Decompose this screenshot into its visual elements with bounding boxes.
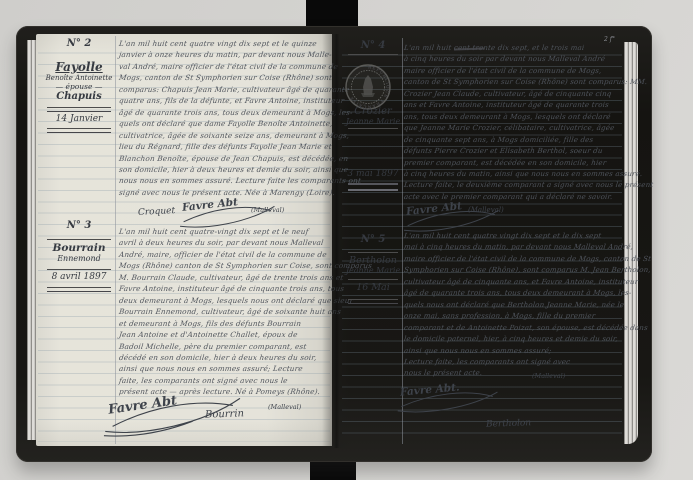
deceased-firstnames: Jeanne Marie (344, 117, 402, 126)
act5-margin: N° 5 Bertholon Jeanne Marie 16 Mai (344, 232, 402, 306)
handwritten-line: Crozier Jean Claude, cultivateur, âgé de… (403, 88, 628, 99)
handwritten-line: canton de St Symphorien sur Coise (Rhône… (403, 76, 628, 87)
handwritten-line: son domicile, hier à deux heures et demi… (118, 164, 330, 175)
handwritten-line: acte avec le premier comparant qui a déc… (403, 191, 628, 202)
handwritten-line: comparant et de Antoinette Poizat, son é… (403, 322, 628, 333)
handwritten-line: décédé en son domicile, hier à deux heur… (118, 352, 330, 363)
handwritten-line: ainsi que nous nous en sommes assuré; (403, 345, 628, 356)
handwritten-line: nous le présent acte. (403, 367, 628, 378)
signature-malleval: (Malleval) (468, 206, 504, 214)
handwritten-line: que Jeanne Marie Crozier, célibataire, c… (403, 122, 628, 133)
handwritten-line: premier comparant, est décédée en son do… (403, 157, 628, 168)
margin-divider (348, 183, 398, 191)
act-date: 3 mai 1897 (344, 169, 402, 179)
act-number: N° 2 (42, 34, 116, 49)
handwritten-line: Jean Antoine et d'Antoinette Challet, ép… (118, 329, 330, 340)
act2-text: L'an mil huit cent quatre vingt dix sept… (119, 38, 330, 198)
handwritten-line: L'an mil huit cent quatre vingt dix sept… (403, 230, 628, 241)
handwritten-line: Symphorien sur Coise (Rhône), sont compa… (403, 264, 628, 275)
margin-divider (47, 107, 111, 112)
handwritten-line: le domicile paternel, hier, à cinq heure… (403, 333, 628, 344)
deceased-firstnames: Ennemond (42, 254, 116, 263)
handwritten-line: cultivatrice, âgée de soixante seize ans… (118, 130, 330, 141)
handwritten-line: cultivateur âgé de cinquante ans, et Fav… (403, 276, 628, 287)
margin-divider (47, 269, 111, 270)
deceased-firstnames: Benoîte Antoinette (42, 74, 116, 82)
handwritten-line: âgé de quarante trois ans, tous deux dem… (118, 107, 330, 118)
handwritten-line: onze mai, sans profession, à Mogs, fille… (403, 310, 628, 321)
handwritten-line: Blanchon Benoîte, épouse de Jean Chapuis… (118, 153, 330, 164)
handwritten-line: Mogs (Rhône) canton de St Symphorien sur… (118, 260, 330, 271)
handwritten-line: maire officier de l'état civil de la com… (403, 65, 628, 76)
act-date: 8 avril 1897 (42, 272, 116, 282)
handwritten-line: de cinquante sept ans, à Mogs domiciliée… (403, 134, 628, 145)
handwritten-line: nous nous en sommes assuré. Lecture fait… (118, 175, 330, 186)
handwritten-line: Lecture faite, les comparants ont signé … (403, 356, 628, 367)
handwritten-line: Bourrain Ennemond, cultivateur, âgé de s… (118, 306, 330, 317)
margin-divider (47, 287, 111, 292)
margin-divider (348, 279, 398, 280)
signature-malleval: (Malleval) (268, 403, 301, 411)
signature-croquet: Croquet (138, 206, 176, 218)
handwritten-line: mai à cinq heures du matin, par devant n… (403, 241, 628, 252)
handwritten-line: Mogs, canton de St Symphorien sur Coise … (118, 72, 330, 83)
act4-margin-names: Crozier Jeanne Marie 3 mai 1897 (344, 106, 402, 193)
handwritten-line: défunts Pierre Crozier et Elisabeth Bert… (403, 145, 628, 156)
handwritten-line: Lecture faite, le deuxième comparant a s… (403, 179, 628, 190)
handwritten-line: M. Bourrain Claude, cultivateur, âgé de … (118, 272, 330, 283)
margin-divider (348, 128, 398, 129)
handwritten-line: comparus: Chapuis Jean Marie, cultivateu… (118, 84, 330, 95)
act4-margin: N° 4 (344, 40, 402, 57)
act-date: 16 Mai (344, 282, 402, 293)
handwritten-line: L'an mil huit cent quatre vingt dix sept… (118, 38, 330, 49)
handwritten-line: maire officier de l'état civil de la com… (403, 253, 628, 264)
handwritten-line: L'an mil huit cent trente dix sept, et l… (403, 42, 628, 53)
deceased-firstnames: Jeanne Marie (344, 266, 402, 275)
handwritten-line: âgé de quarante trois ans, tous deux dem… (403, 287, 628, 298)
page-stack-left-edge (27, 40, 36, 440)
act-number: N° 3 (42, 216, 116, 231)
handwritten-line: quels ont déclaré que dame Fayolle Benoî… (118, 118, 330, 129)
signature-bertholon: Bertholon (486, 418, 531, 430)
handwritten-line: avril à deux heures du soir, par devant … (118, 237, 330, 248)
handwritten-line: à cinq heures du soir par devant nous Ma… (403, 53, 628, 64)
act2-margin: N° 2 Fayolle Benoîte Antoinette — épouse… (42, 34, 116, 135)
act3-text: L'an mil huit cent quatre-vingt dix sept… (119, 226, 330, 398)
deceased-name: Fayolle (42, 60, 116, 74)
spouse-name: Chapuis (42, 91, 116, 102)
photo-scene: N° 2 Fayolle Benoîte Antoinette — épouse… (0, 0, 693, 480)
handwritten-line: et demeurant à Mogs, fils des défunts Bo… (118, 318, 330, 329)
handwritten-line: ainsi que nous nous en sommes assuré; Le… (118, 363, 330, 374)
handwritten-line: André, maire, officier de l'état civil d… (118, 249, 330, 260)
deceased-name: Bourrain (42, 242, 116, 254)
margin-divider (47, 239, 111, 240)
signature-bourrin: Bourrin (205, 408, 244, 420)
act-date: 14 Janvier (42, 114, 116, 124)
signature-malleval: (Malleval) (251, 206, 284, 214)
margin-divider (348, 54, 398, 55)
margin-divider (47, 128, 111, 133)
act-number: N° 4 (344, 40, 402, 51)
handwritten-line: à cinq heures du matin, ainsi que nous n… (403, 168, 628, 179)
margin-divider (348, 299, 398, 304)
handwritten-line: L'an mil huit cent quatre-vingt dix sept… (118, 226, 330, 237)
handwritten-line: Favre Antoine, instituteur âgé de cinqua… (118, 283, 330, 294)
signature-malleval: (Malleval) (532, 372, 565, 380)
deceased-name: Crozier (344, 106, 402, 117)
handwritten-line: faite, les comparants ont signé avec nou… (118, 375, 330, 386)
handwritten-line: val André, maire officier de l'état civi… (118, 61, 330, 72)
handwritten-line: ans et Favre Antoine, instituteur âgé de… (403, 99, 628, 110)
handwritten-line: quatre ans, fils de la défunte, et Favre… (118, 95, 330, 106)
act4-text: L'an mil huit cent trente dix sept, et l… (404, 42, 628, 202)
handwritten-line: janvier à onze heures du matin, par deva… (118, 49, 330, 60)
margin-divider (348, 252, 398, 253)
republique-francaise-stamp: RÉPUBLIQUE FRANÇAISE (344, 63, 392, 111)
handwritten-line: ans, tous deux demeurant à Mogs, lesquel… (403, 111, 628, 122)
handwritten-line: Badoil Michelle, père du premier compara… (118, 341, 330, 352)
deceased-name: Bertholon (344, 255, 402, 266)
act5-text: L'an mil huit cent quatre vingt dix sept… (404, 230, 628, 379)
handwritten-line: lieu du Régnard, fille des défunts Fayol… (118, 141, 330, 152)
handwritten-line: deux demeurant à Mogs, lesquels nous ont… (118, 295, 330, 306)
handwritten-line: quels nous ont déclaré que Bertholon Jea… (403, 299, 628, 310)
act3-margin: N° 3 Bourrain Ennemond 8 avril 1897 (42, 216, 116, 294)
act-number: N° 5 (344, 232, 402, 245)
spouse-link-label: — épouse — (42, 82, 116, 91)
